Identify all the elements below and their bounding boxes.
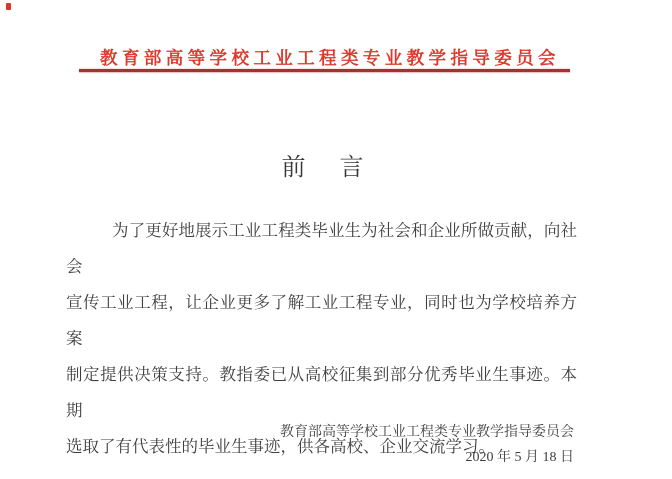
signature-block: 教育部高等学校工业工程类专业教学指导委员会 2020 年 5 月 18 日 [280, 420, 574, 470]
paragraph-line: 为了更好地展示工业工程类毕业生为社会和企业所做贡献，向社会 [66, 213, 577, 285]
preface-title: 前 言 [0, 147, 650, 182]
paragraph-line: 制定提供决策支持。教指委已从高校征集到部分优秀毕业生事迹。本期 [66, 357, 577, 429]
committee-letterhead: 教育部高等学校工业工程类专业教学指导委员会 [0, 45, 660, 70]
letterhead-rule [79, 69, 570, 72]
document-page: 教育部高等学校工业工程类专业教学指导委员会 前 言 为了更好地展示工业工程类毕业… [0, 0, 672, 479]
signature-date: 2020 年 5 月 18 日 [280, 445, 574, 470]
paragraph-line: 宣传工业工程，让企业更多了解工业工程专业，同时也为学校培养方案 [66, 285, 577, 357]
corner-red-mark [6, 3, 11, 10]
signature-committee: 教育部高等学校工业工程类专业教学指导委员会 [280, 420, 574, 445]
